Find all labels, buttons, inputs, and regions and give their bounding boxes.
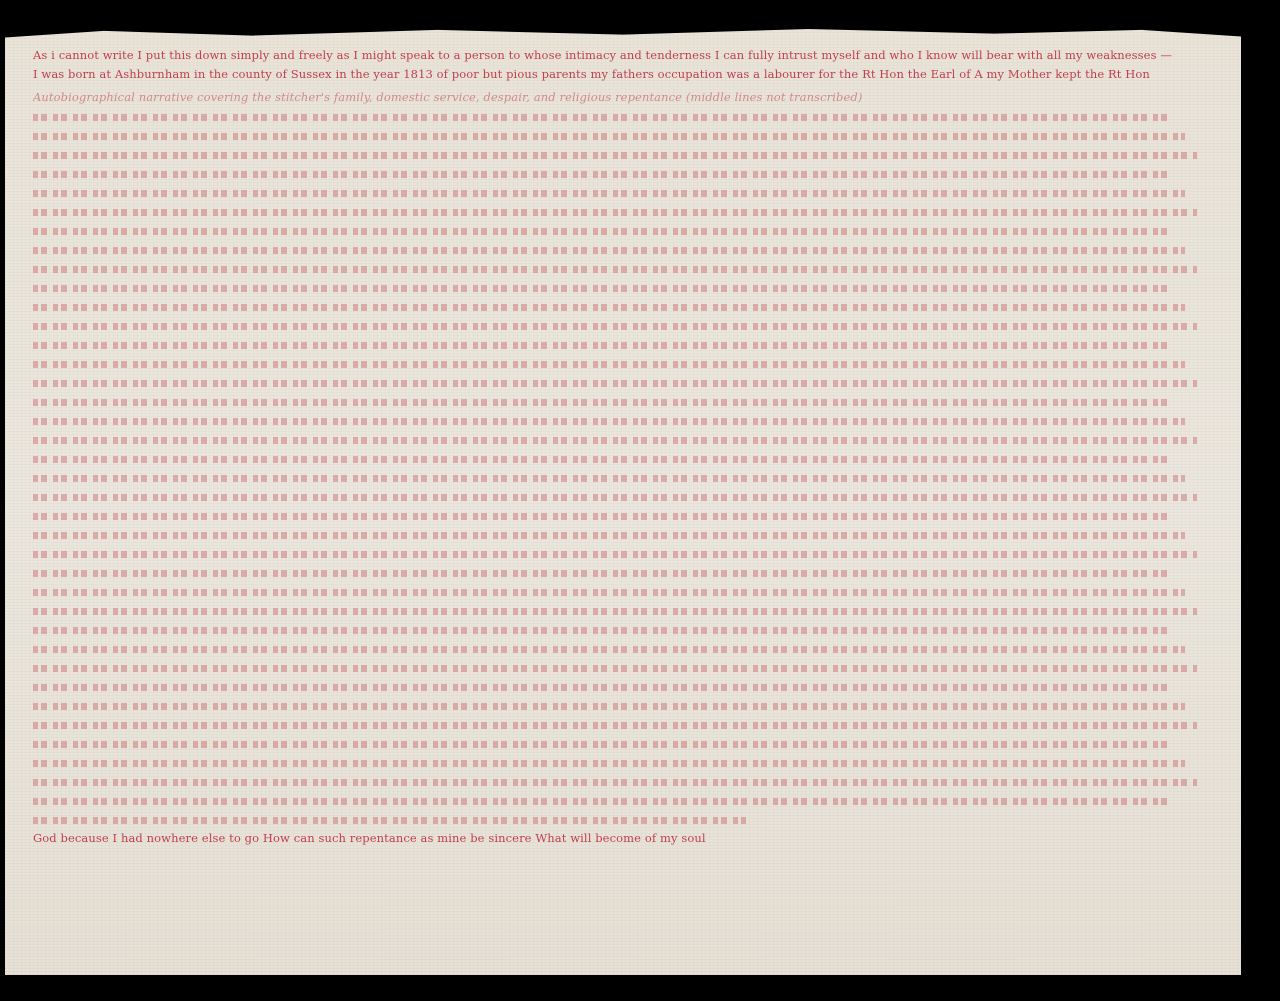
stitched-line-placeholder (33, 430, 1197, 449)
stitched-line-placeholder (33, 658, 1197, 677)
stitched-line-placeholder (33, 563, 1173, 582)
stitched-line-placeholder (33, 544, 1197, 563)
stitched-line-1: As i cannot write I put this down simply… (33, 46, 1221, 65)
stitched-line-placeholder (33, 392, 1173, 411)
stitched-line-placeholder (33, 468, 1185, 487)
stitched-lines-middle (33, 107, 1221, 829)
stitched-line-placeholder (33, 791, 1173, 810)
stitched-line-placeholder (33, 297, 1185, 316)
stitched-line-placeholder (33, 810, 746, 829)
stitched-line-placeholder (33, 582, 1185, 601)
stitched-line-placeholder (33, 373, 1197, 392)
stitched-line-placeholder (33, 316, 1197, 335)
stitched-line-placeholder (33, 335, 1173, 354)
stitched-line-summary: Autobiographical narrative covering the … (33, 88, 1221, 107)
stitched-line-placeholder (33, 411, 1185, 430)
stitched-line-placeholder (33, 107, 1173, 126)
stitched-line-placeholder (33, 734, 1173, 753)
stitched-line-placeholder (33, 487, 1197, 506)
stitched-line-placeholder (33, 164, 1173, 183)
stitched-line-placeholder (33, 449, 1173, 468)
stitched-line-placeholder (33, 696, 1185, 715)
stitched-line-placeholder (33, 506, 1173, 525)
stitched-line-placeholder (33, 677, 1173, 696)
stitched-line-placeholder (33, 525, 1185, 544)
stitched-line-2: I was born at Ashburnham in the county o… (33, 65, 1221, 84)
stitched-line-placeholder (33, 639, 1185, 658)
stitched-line-placeholder (33, 202, 1197, 221)
stitched-text-block: As i cannot write I put this down simply… (33, 46, 1221, 848)
linen-sampler: As i cannot write I put this down simply… (5, 28, 1241, 975)
stitched-line-placeholder (33, 259, 1197, 278)
stitched-line-placeholder (33, 753, 1185, 772)
stitched-line-placeholder (33, 620, 1173, 639)
stitched-line-placeholder (33, 183, 1185, 202)
stitched-line-final: God because I had nowhere else to go How… (33, 829, 1221, 848)
stitched-line-placeholder (33, 221, 1173, 240)
stitched-line-placeholder (33, 601, 1197, 620)
stitched-line-placeholder (33, 278, 1173, 297)
stitched-line-placeholder (33, 240, 1185, 259)
stitched-line-placeholder (33, 145, 1197, 164)
stitched-line-placeholder (33, 715, 1197, 734)
stitched-line-placeholder (33, 126, 1185, 145)
stitched-line-placeholder (33, 772, 1197, 791)
stitched-line-placeholder (33, 354, 1185, 373)
